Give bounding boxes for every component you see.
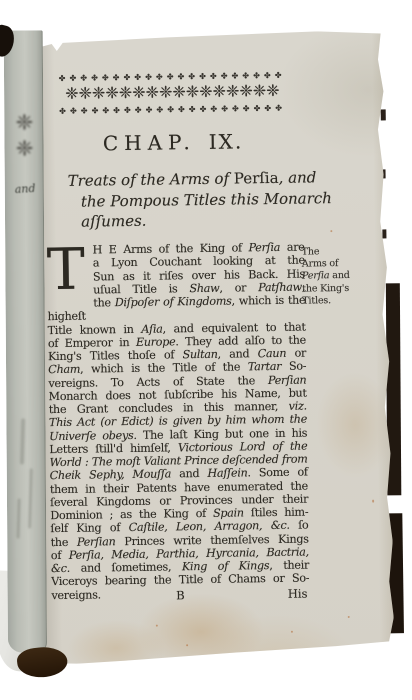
ornament-band-bottom-icon: ✤✤✤✤✤✤✤✤✤✤✤✤✤✤✤✤✤✤✤✤✤	[43, 103, 303, 116]
chapter-subtitle: Treats of the Arms of Perſia, andthe Pom…	[45, 167, 308, 232]
signature-line: B His	[51, 586, 309, 605]
note-line: Perſia and	[302, 270, 368, 283]
sub-line: the Pompous Titles this Monarch	[46, 188, 308, 212]
foxing-dot	[330, 230, 332, 232]
ornament-band-middle-icon: ❈❈❈❈❈❈❈❈❈❈❈❈❈❈❈❈	[42, 81, 302, 104]
margin-note: TheArms ofPerſia andthe King'sTitles.	[302, 246, 369, 308]
foxing-dot	[156, 625, 158, 627]
note-line: the King's	[302, 282, 368, 295]
book-photo: ❈❈ and ✤✤✤✤✤✤✤✤✤✤✤✤✤✤✤✤✤✤✤✤✤ ❈❈❈❈❈❈❈❈❈❈❈…	[0, 0, 412, 700]
open-book: ❈❈ and ✤✤✤✤✤✤✤✤✤✤✤✤✤✤✤✤✤✤✤✤✤ ❈❈❈❈❈❈❈❈❈❈❈…	[0, 0, 412, 700]
foxing-dot	[291, 631, 293, 633]
edge-page-numbers	[4, 30, 46, 652]
previous-page-fore-edge: ❈❈ and	[4, 30, 47, 652]
note-line: The	[302, 246, 368, 259]
drop-cap: T	[47, 243, 94, 299]
foxing-dot	[372, 500, 374, 503]
signature-mark: B	[51, 586, 309, 604]
foxing-dot	[348, 616, 350, 618]
chapter-word: CHAP.	[103, 130, 196, 155]
foxing-dot	[241, 653, 244, 655]
catchword: His	[288, 587, 308, 601]
note-line: Arms of	[302, 258, 368, 271]
chapter-heading: CHAP. IX.	[43, 129, 303, 157]
sub-line: aſſumes.	[46, 208, 308, 232]
page-edge-nick	[381, 109, 386, 120]
chapter-numeral: IX.	[209, 129, 244, 153]
book-page: ✤✤✤✤✤✤✤✤✤✤✤✤✤✤✤✤✤✤✤✤✤ ❈❈❈❈❈❈❈❈❈❈❈❈❈❈❈❈ ✤…	[28, 29, 395, 666]
page-edge-nick	[382, 229, 386, 238]
body-paragraph: T H E Arms of the King of Perſia area Ly…	[47, 241, 310, 602]
foxing-dot	[186, 644, 188, 646]
note-line: Titles.	[302, 294, 368, 307]
